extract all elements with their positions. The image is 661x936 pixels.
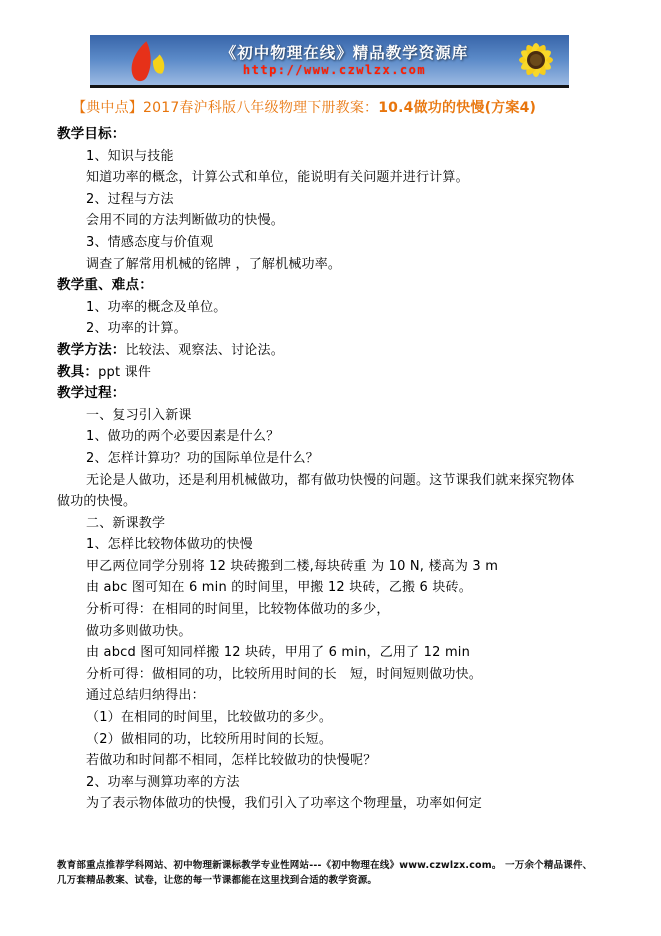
text-line: 由 abcd 图可知同样搬 12 块砖，甲用了 6 min，乙用了 12 min (57, 642, 611, 664)
text-line: 分析可得：做相同的功，比较所用时间的长 短，时间短则做功快。 (57, 664, 611, 686)
footer-line-1: 教育部重点推荐学科网站、初中物理新课标教学专业性网站---《初中物理在线》www… (57, 858, 635, 873)
text-line: 分析可得：在相同的时间里，比较物体做功的多少， (57, 599, 611, 621)
banner-image: 《初中物理在线》精品教学资源库 http://www.czwlzx.com (90, 35, 569, 88)
text-line: 调查了解常用机械的铭牌 ，了解机械功率。 (57, 254, 611, 276)
document-body: 教学目标：1、知识与技能知道功率的概念，计算公式和单位，能说明有关问题并进行计算… (57, 124, 611, 815)
line-label: 教学方法： (57, 342, 126, 358)
banner-url: http://www.czwlzx.com (243, 63, 426, 77)
text-line: 1、做功的两个必要因素是什么？ (57, 426, 611, 448)
text-line: 2、功率的计算。 (57, 318, 611, 340)
text-line: 教具：ppt 课件 (57, 362, 611, 384)
text-line: 若做功和时间都不相同，怎样比较做功的快慢呢？ (57, 750, 611, 772)
page-footer: 教育部重点推荐学科网站、初中物理新课标教学专业性网站---《初中物理在线》www… (57, 858, 635, 888)
text-line: 2、怎样计算功？功的国际单位是什么？ (57, 448, 611, 470)
text-line: 教学方法：比较法、观察法、讨论法。 (57, 340, 611, 362)
text-line: 1、怎样比较物体做功的快慢 (57, 534, 611, 556)
flame-logo-icon (118, 40, 184, 88)
text-line: 3、情感态度与价值观 (57, 232, 611, 254)
text-line: 甲乙两位同学分别将 12 块砖搬到二楼,每块砖重 为 10 N, 楼高为 3 m (57, 556, 611, 578)
text-line: 无论是人做功，还是利用机械做功，都有做功快慢的问题。这节课我们就来探究物体 (57, 470, 611, 492)
footer-line-2: 几万套精品教案、试卷，让您的每一节课都能在这里找到合适的教学资源。 (57, 873, 635, 888)
banner-title: 《初中物理在线》精品教学资源库 (221, 45, 469, 63)
text-line: 做功的快慢。 (57, 491, 611, 513)
sunflower-icon (505, 35, 567, 88)
text-line: 通过总结归纳得出： (57, 685, 611, 707)
text-line: 做功多则做功快。 (57, 621, 611, 643)
document-title-prefix: 【典中点】2017春沪科版八年级物理下册教案： (72, 100, 378, 116)
document-title: 【典中点】2017春沪科版八年级物理下册教案：10.4做功的快慢(方案4) (57, 98, 604, 118)
text-line: （1）在相同的时间里，比较做功的多少。 (57, 707, 611, 729)
text-line: 2、过程与方法 (57, 189, 611, 211)
text-line: 1、知识与技能 (57, 146, 611, 168)
text-line: 1、功率的概念及单位。 (57, 297, 611, 319)
text-line: （2）做相同的功，比较所用时间的长短。 (57, 729, 611, 751)
text-line: 为了表示物体做功的快慢，我们引入了功率这个物理量，功率如何定 (57, 793, 611, 815)
text-line: 教学重、难点： (57, 275, 611, 297)
text-line: 二、新课教学 (57, 513, 611, 535)
text-line: 会用不同的方法判断做功的快慢。 (57, 210, 611, 232)
text-line: 教学目标： (57, 124, 611, 146)
text-line: 一、复习引入新课 (57, 405, 611, 427)
text-line: 2、功率与测算功率的方法 (57, 772, 611, 794)
text-line: 由 abc 图可知在 6 min 的时间里，甲搬 12 块砖，乙搬 6 块砖。 (57, 577, 611, 599)
document-title-highlight: 10.4做功的快慢(方案4) (378, 100, 536, 116)
text-line: 知道功率的概念，计算公式和单位，能说明有关问题并进行计算。 (57, 167, 611, 189)
text-line: 教学过程： (57, 383, 611, 405)
line-label: 教具： (57, 364, 98, 380)
